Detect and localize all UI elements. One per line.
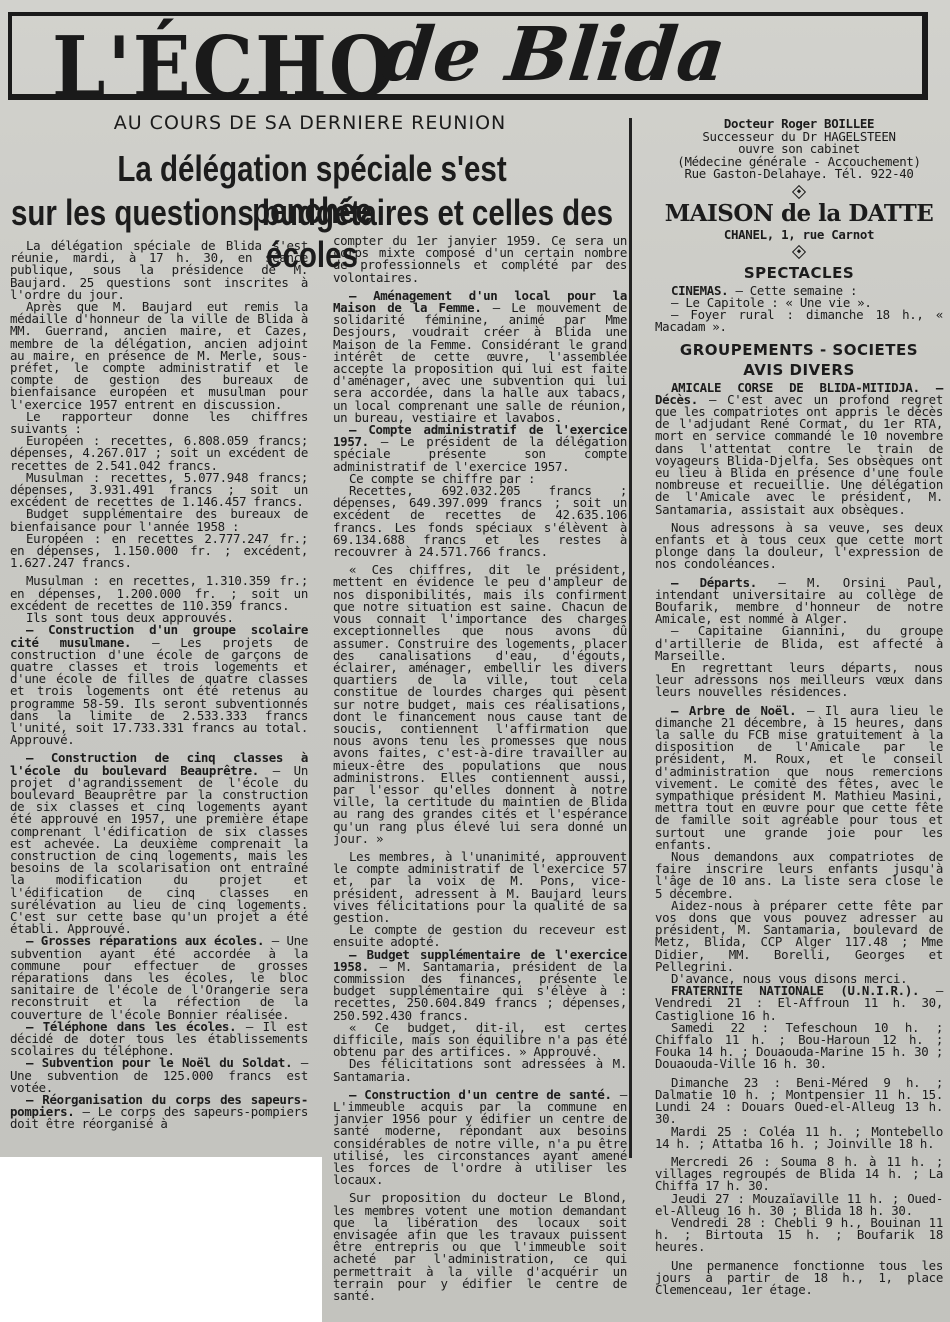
paragraph: Des félicitations sont adressées à M. Sa… [333, 1058, 627, 1082]
paragraph: Nous demandons aux compatriotes de faire… [655, 851, 943, 900]
paragraph: — Téléphone dans les écoles. — Il est dé… [10, 1021, 308, 1058]
paragraph: Recettes, 692.032.205 francs ; dépenses,… [333, 485, 627, 558]
paragraph-lead: — Départs. [671, 575, 757, 590]
paragraph: — Compte administratif de l'exercice 195… [333, 424, 627, 473]
doctor-advertisement: Docteur Roger BOILLEESuccesseur du Dr HA… [655, 118, 943, 181]
column-divider [629, 118, 632, 1158]
paragraph: La délégation spéciale de Blida s'est ré… [10, 240, 308, 301]
sidebar-column: Docteur Roger BOILLEESuccesseur du Dr HA… [655, 118, 943, 1296]
masthead: L'ÉCHO de Blida [8, 12, 928, 100]
blank-area [0, 1157, 322, 1322]
paragraph-lead: — Compte administratif de l'exercice 195… [333, 422, 627, 449]
paragraph: Vendredi 28 : Chebli 9 h., Bouinan 11 h.… [655, 1217, 943, 1254]
paragraph: — Subvention pour le Noël du Soldat. — U… [10, 1057, 308, 1094]
paragraph: Budget supplémentaire des bureaux de bie… [10, 508, 308, 532]
doctor-ad-line: Rue Gaston-Delahaye. Tél. 922-40 [655, 168, 943, 181]
paragraph-lead: AMICALE CORSE DE BLIDA-MITIDJA. — Décès. [655, 380, 943, 407]
paragraph: Sur proposition du docteur Le Blond, les… [333, 1192, 627, 1302]
paragraph-lead: — Construction d'un centre de santé. [349, 1087, 612, 1102]
paragraph: Nous adressons à sa veuve, ses deux enfa… [655, 522, 943, 571]
paragraph: — Réorganisation du corps des sapeurs-po… [10, 1094, 308, 1131]
paragraph: Une permanence fonctionne tous les jours… [655, 1260, 943, 1297]
spectacles-list: CINEMAS. — Cette semaine :— Le Capitole … [655, 285, 943, 334]
paragraph: Mercredi 26 : Souma 8 h. à 11 h. ; villa… [655, 1156, 943, 1193]
diamond-ornament-icon [792, 184, 806, 198]
paragraph-lead: — Téléphone dans les écoles. [26, 1019, 236, 1034]
paragraph: — Foyer rural : dimanche 18 h., « Macada… [655, 309, 943, 333]
paragraph: — Construction de cinq classes à l'école… [10, 752, 308, 935]
paragraph: — Aménagement d'un local pour la Maison … [333, 290, 627, 424]
paragraph: Européen : en recettes 2.777.247 fr.; en… [10, 533, 308, 570]
paragraph: — Construction d'un centre de santé. — L… [333, 1089, 627, 1187]
paragraph: FRATERNITE NATIONALE (U.N.I.R.). — Vendr… [655, 985, 943, 1022]
paragraph: « Ce budget, dit-il, est certes difficil… [333, 1022, 627, 1059]
paragraph: Dimanche 23 : Beni-Méred 9 h. ; Dalmatie… [655, 1077, 943, 1126]
paragraph: Musulman : recettes, 5.077.948 francs; d… [10, 472, 308, 509]
paragraph: compter du 1er janvier 1959. Ce sera un … [333, 235, 627, 284]
avis-divers-heading: AVIS DIVERS [655, 362, 943, 379]
paragraph: — Arbre de Noël. — Il aura lieu le diman… [655, 705, 943, 851]
article-kicker: AU COURS DE SA DERNIERE REUNION [0, 112, 620, 134]
masthead-script: de Blida [377, 12, 729, 98]
paragraph: Le compte de gestion du receveur est ens… [333, 924, 627, 948]
paragraph: En regrettant leurs départs, nous leur a… [655, 662, 943, 699]
paragraph-lead: — Subvention pour le Noël du Soldat. [26, 1055, 292, 1070]
avis-divers-list: AMICALE CORSE DE BLIDA-MITIDJA. — Décès.… [655, 382, 943, 1297]
paragraph-lead: — Arbre de Noël. [671, 703, 796, 718]
paragraph-lead: — Construction de cinq classes à l'école… [10, 750, 308, 777]
paragraph-lead: — Aménagement d'un local pour la Maison … [333, 288, 627, 315]
paragraph-lead: — Budget supplémentaire de l'exercice 19… [333, 947, 627, 974]
paragraph: — Départs. — M. Orsini Paul, intendant u… [655, 577, 943, 626]
paragraph-lead: — Grosses réparations aux écoles. [26, 933, 264, 948]
paragraph: — Capitaine Giannini, du groupe d'artill… [655, 625, 943, 662]
shop-name: MAISON de la DATTE [655, 201, 943, 227]
paragraph: Samedi 22 : Tefeschoun 10 h. ; Chiffalo … [655, 1022, 943, 1071]
paragraph: Aidez-nous à préparer cette fête par vos… [655, 900, 943, 973]
paragraph-lead: — Réorganisation du corps des sapeurs-po… [10, 1092, 308, 1119]
paragraph: « Ces chiffres, dit le président, metten… [333, 564, 627, 845]
article-column-1: La délégation spéciale de Blida s'est ré… [10, 240, 308, 1131]
shop-address: CHANEL, 1, rue Carnot [655, 229, 943, 241]
paragraph: Mardi 25 : Coléa 11 h. ; Montebello 14 h… [655, 1126, 943, 1150]
paragraph: Après que M. Baujard eut remis la médail… [10, 301, 308, 411]
newspaper-page: L'ÉCHO de Blida AU COURS DE SA DERNIERE … [0, 0, 950, 1322]
paragraph: Jeudi 27 : Mouzaïaville 11 h. ; Oued-el-… [655, 1193, 943, 1217]
spectacles-heading: SPECTACLES [655, 265, 943, 282]
paragraph: — Grosses réparations aux écoles. — Une … [10, 935, 308, 1020]
article-column-2: compter du 1er janvier 1959. Ce sera un … [333, 235, 627, 1302]
paragraph: — Construction d'un groupe scolaire cité… [10, 624, 308, 746]
diamond-ornament-icon [792, 245, 806, 259]
paragraph-lead: FRATERNITE NATIONALE (U.N.I.R.). [671, 983, 919, 998]
paragraph: AMICALE CORSE DE BLIDA-MITIDJA. — Décès.… [655, 382, 943, 516]
masthead-title: L'ÉCHO [52, 18, 397, 116]
paragraph: Le rapporteur donne les chiffres suivant… [10, 411, 308, 435]
paragraph: — Budget supplémentaire de l'exercice 19… [333, 949, 627, 1022]
paragraph: Les membres, à l'unanimité, approuvent l… [333, 851, 627, 924]
groupements-heading: GROUPEMENTS - SOCIETES [655, 342, 943, 359]
paragraph: Musulman : en recettes, 1.310.359 fr.; e… [10, 575, 308, 612]
paragraph-lead: — Construction d'un groupe scolaire cité… [10, 622, 308, 649]
paragraph: Européen : recettes, 6.808.059 francs; d… [10, 435, 308, 472]
